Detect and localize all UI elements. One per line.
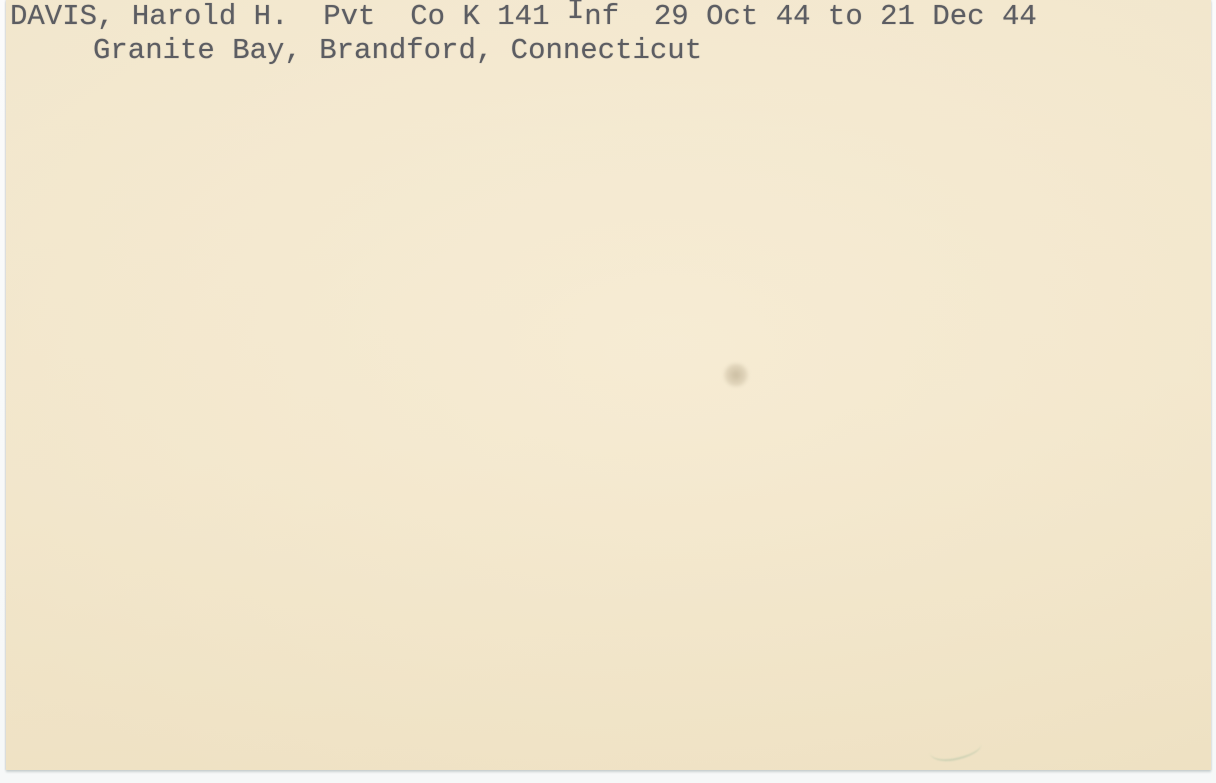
stain-spot (723, 363, 749, 387)
line1-raised-char: I (567, 0, 584, 28)
typed-line-2: Granite Bay, Brandford, Connecticut (93, 34, 1211, 68)
scan-background: DAVIS, Harold H. Pvt Co K 141 Inf 29 Oct… (0, 0, 1216, 783)
typed-line-1: DAVIS, Harold H. Pvt Co K 141 Inf 29 Oct… (10, 0, 1211, 34)
line1-prefix: DAVIS, Harold H. Pvt Co K 141 (10, 0, 567, 33)
index-card: DAVIS, Harold H. Pvt Co K 141 Inf 29 Oct… (6, 0, 1211, 770)
pencil-mark (929, 740, 983, 765)
line1-suffix: nf 29 Oct 44 to 21 Dec 44 (584, 0, 1036, 33)
typed-text-block: DAVIS, Harold H. Pvt Co K 141 Inf 29 Oct… (10, 0, 1211, 68)
